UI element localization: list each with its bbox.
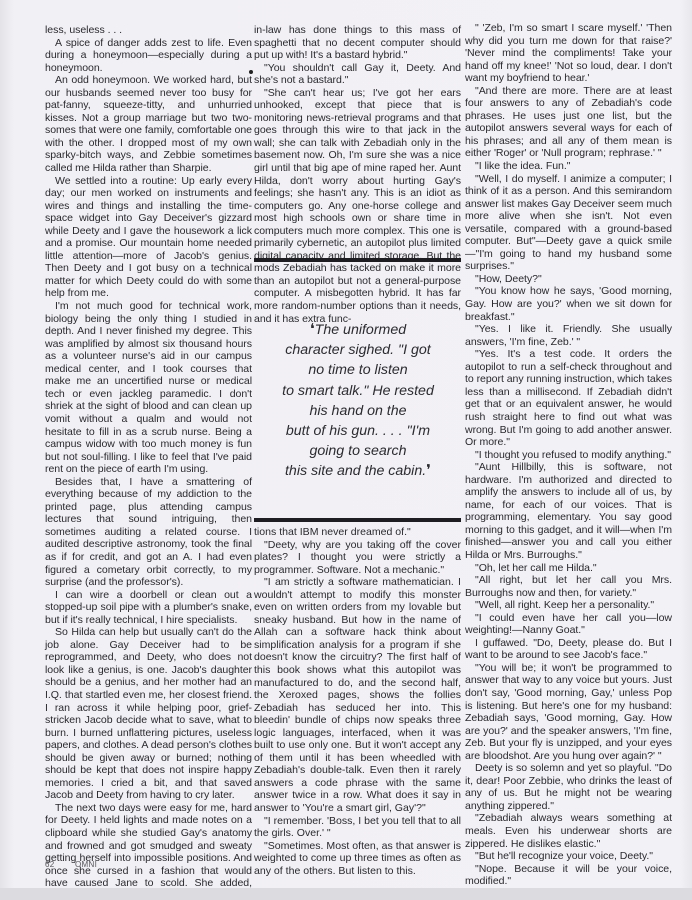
paragraph: "You know how he says, 'Good morning, Ga… [465,285,672,323]
pull-quote: ❛The uniformed character sighed. "I got … [258,320,458,482]
ink-dot [249,70,253,74]
paragraph: "Well, all right. Keep her a personality… [465,599,672,612]
paragraph: "Oh, let her call me Hilda." [465,562,672,575]
pull-quote-line-last: this site and the cabin.❜ [258,461,458,481]
paragraph: "Deety, why are you taking off the cover… [254,539,461,577]
paragraph: An odd honeymoon. We worked hard, but ou… [45,74,252,174]
paragraph: "I like the idea. Fun." [465,160,672,173]
paragraph: I'm not much good for technical work, bi… [45,300,252,476]
paragraph: "All right, but let her call you Mrs. Bu… [465,574,672,599]
magazine-page: less, useless . . . A spice of danger ad… [0,0,692,900]
page-bottom-edge [0,888,692,900]
paragraph: " 'Zeb, I'm so smart I scare myself.' 'T… [465,22,672,85]
pull-quote-line: butt of his gun. . . . "I'm [258,421,458,441]
pull-quote-line: character sighed. "I got [258,340,458,360]
paragraph: "She can't hear us; I've got her ears un… [254,87,461,325]
text-column-middle-top: in-law has done things to this mass of s… [254,24,461,325]
text-column-middle-bottom: tions that IBM never dreamed of." "Deety… [254,526,461,877]
pull-quote-rule-top [254,258,461,262]
paragraph: "Yes. I like it. Friendly. She usually a… [465,323,672,348]
paragraph: I can wire a doorbell or clean out a sto… [45,589,252,627]
paragraph: Deety is so solemn and yet so playful. "… [465,762,672,812]
paragraph: "I thought you refused to modify anythin… [465,449,672,462]
paragraph: We settled into a routine: Up early ever… [45,175,252,300]
pull-quote-line: going to search [258,441,458,461]
paragraph: "You will be; it won't be programmed to … [465,662,672,762]
page-footer: 62 OMNI [45,860,115,869]
paragraph: "I remember. 'Boss, I bet you tell that … [254,815,461,840]
paragraph: "Well, I do myself. I animize a computer… [465,173,672,273]
paragraph: "Nope. Because it will be your voice, mo… [465,863,672,888]
paragraph: tions that IBM never dreamed of." [254,526,461,539]
pull-quote-rule-bottom [254,518,461,522]
magazine-name: OMNI [75,860,97,869]
paragraph: "But he'll recognize your voice, Deety." [465,850,672,863]
paragraph: I guffawed. "Do, Deety, please do. But I… [465,637,672,662]
close-quote-icon: ❜ [426,462,431,479]
pull-quote-line: his hand on the [258,401,458,421]
paragraph: less, useless . . . [45,24,252,37]
pull-quote-line-1: ❛The uniformed [258,320,458,340]
paragraph: "How, Deety?" [465,273,672,286]
paragraph: "Aunt Hillbilly, this is software, not h… [465,461,672,561]
paragraph: "I could even have her call you—low weig… [465,612,672,637]
paragraph: "You shouldn't call Gay it, Deety. And s… [254,62,461,87]
paragraph: The next two days were easy for me, hard… [45,802,252,900]
text-column-right: " 'Zeb, I'm so smart I scare myself.' 'T… [465,22,672,900]
paragraph: "Yes. It's a test code. It orders the au… [465,348,672,448]
paragraph: "And there are more. There are at least … [465,85,672,160]
text-column-left: less, useless . . . A spice of danger ad… [45,24,252,900]
page-number: 62 [45,860,55,869]
paragraph: in-law has done things to this mass of s… [254,24,461,62]
pull-quote-line: no time to listen [258,360,458,380]
paragraph: A spice of danger adds zest to life. Eve… [45,37,252,75]
pull-quote-line: to smart talk." He rested [258,381,458,401]
paragraph: "I am strictly a software mathematician.… [254,576,461,814]
paragraph: So Hilda can help but usually can't do t… [45,626,252,802]
paragraph: "Sometimes. Most often, as that answer i… [254,840,461,878]
paragraph: "Zebadiah always wears something at meal… [465,812,672,850]
paragraph: Besides that, I have a smattering of eve… [45,476,252,589]
